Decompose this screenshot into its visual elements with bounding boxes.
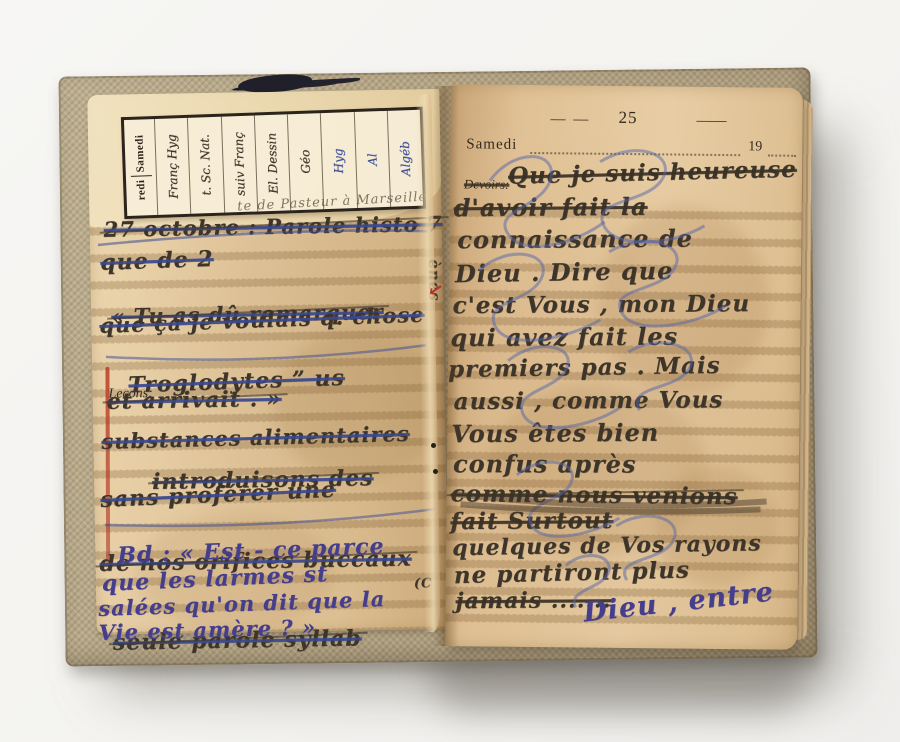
paper-stain xyxy=(271,329,444,482)
schedule-cell: Franç Hyg xyxy=(154,118,191,215)
handwriting-line: qui avez fait les xyxy=(450,325,678,351)
sewing-hole xyxy=(431,443,436,448)
handwriting-line: comme nous venions xyxy=(451,480,738,510)
page-number-dash-right: —— xyxy=(696,113,726,130)
gutter-shadow xyxy=(433,86,459,646)
notebook: Samedi redi Franç Hyg t. Sc. Nat. suiv F… xyxy=(0,0,900,742)
schedule-day-label: Samedi xyxy=(133,135,146,173)
handwriting-line: que de 2 xyxy=(100,248,214,274)
handwriting-line: Que je suis heureuse xyxy=(508,158,797,188)
handwriting-line-dieu-entre: Dieu , entre xyxy=(582,578,775,626)
schedule-divider xyxy=(130,175,151,177)
schedule-day-column: Samedi redi xyxy=(124,119,157,216)
handwriting-line: 27 octobre : Parole histo 7 xyxy=(103,211,442,242)
handwriting-line: confus après xyxy=(453,452,637,476)
left-page: Samedi redi Franç Hyg t. Sc. Nat. suiv F… xyxy=(87,89,448,635)
handwriting-line: Vie est amère ? » xyxy=(98,616,316,643)
handwriting-line: d'avoir fait la xyxy=(454,195,648,220)
sewing-hole xyxy=(433,469,438,474)
handwriting-line: ne partiront plus xyxy=(454,558,691,587)
schedule-cell: t. Sc. Nat. xyxy=(187,117,224,214)
handwriting-line: sans proférer une xyxy=(100,479,336,511)
handwriting-line: Dieu . Dire que xyxy=(455,259,674,286)
photo-scene: Samedi redi Franç Hyg t. Sc. Nat. suiv F… xyxy=(0,0,900,742)
handwriting-line: fait Surtout xyxy=(450,509,613,533)
devoirs-label: Devoirs: xyxy=(464,176,510,192)
year-label: 19 xyxy=(748,139,762,155)
right-page: — — 25 —— Samedi 19 Devoirs: Que je suis… xyxy=(445,84,803,650)
day-label: Samedi xyxy=(466,136,517,154)
handwriting-line: aussi , comme Vous xyxy=(454,388,724,413)
page-number-dash-left: — — xyxy=(550,111,590,128)
handwriting-line: premiers pas . Mais xyxy=(448,354,721,381)
handwriting-line: Vous êtes bien xyxy=(451,421,659,446)
page-number: 25 xyxy=(619,108,638,128)
handwriting-line: c'est Vous , mon Dieu xyxy=(453,292,751,317)
handwriting-line: quelques de Vos rayons xyxy=(452,532,762,559)
handwriting-line: Troglodytes ” us xyxy=(128,367,345,397)
schedule-day-label-partial: redi xyxy=(135,179,148,200)
dotted-leader xyxy=(530,151,740,156)
handwriting-line: connaissance de xyxy=(457,227,693,253)
